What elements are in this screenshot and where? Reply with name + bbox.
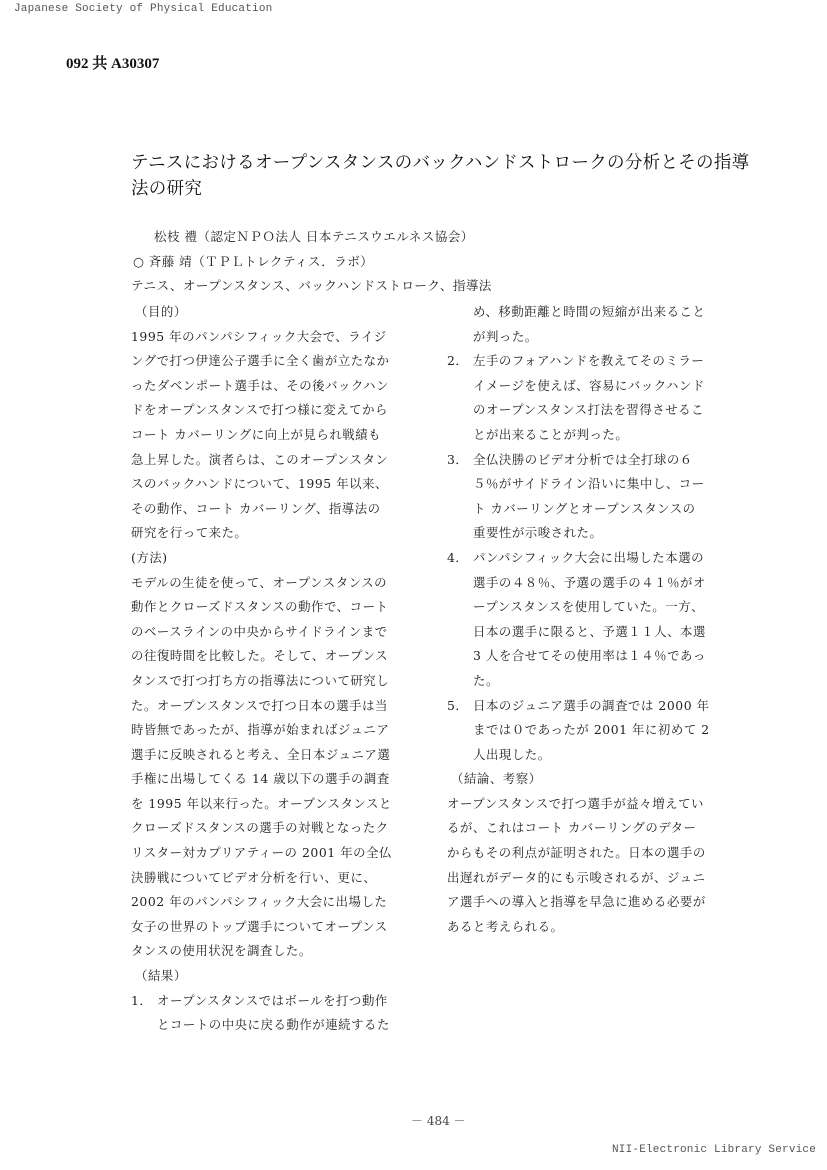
body-line: からもその利点が証明された。日本の選手の — [447, 841, 727, 866]
body-line: ドをオープンスタンスで打つ様に変えてから — [131, 398, 421, 423]
body-line: 動作とクローズドスタンスの動作で、コート — [131, 595, 421, 620]
line-text: 左手のフォアハンドを教えてそのミラー — [473, 353, 704, 368]
line-text: タンスの使用状況を調査した。 — [131, 943, 312, 958]
page-number: － 484 － — [411, 1112, 466, 1129]
body-line: 急上昇した。演者らは、このオープンスタン — [131, 448, 421, 473]
line-text: ア選手への導入と指導を早急に進める必要が — [447, 894, 706, 909]
body-line: ったダベンポート選手は、その後バックハン — [131, 374, 421, 399]
result-item-continuation: ープンスタンスを使用していた。一方、 — [447, 595, 727, 620]
line-text: 2002 年のパンパシフィック大会に出場した — [131, 894, 387, 909]
line-text: コート カバーリングに向上が見られ戦績も — [131, 427, 381, 442]
body-line: 出遅れがデータ的にも示唆されるが、ジュニ — [447, 866, 727, 891]
line-text: ープンスタンスを使用していた。一方、 — [473, 599, 704, 614]
body-line: 研究を行って来た。 — [131, 521, 421, 546]
line-text: 日本のジュニア選手の調査では 2000 年 — [473, 698, 710, 713]
line-text: を 1995 年以来行った。オープンスタンスと — [131, 796, 392, 811]
line-text: 選手の４８％、予選の選手の４１％がオ — [473, 575, 706, 590]
item-number: 2． — [447, 349, 473, 374]
line-text: からもその利点が証明された。日本の選手の — [447, 845, 706, 860]
body-line: タンスで打つ打ち方の指導法について研究し — [131, 669, 421, 694]
line-text: のベースラインの中央からサイドラインまで — [131, 624, 388, 639]
line-text: 手権に出場してくる 14 歳以下の選手の調査 — [131, 771, 390, 786]
line-text: あると考えられる。 — [447, 919, 563, 934]
line-text: オープンスタンスではボールを打つ動作 — [157, 993, 388, 1008]
result-item-continuation: のオープンスタンス打法を習得させるこ — [447, 398, 727, 423]
line-text: が判った。 — [473, 329, 538, 344]
line-text: のオープンスタンス打法を習得させるこ — [473, 402, 704, 417]
keywords: テニス、オープンスタンス、バックハンドストローク、指導法 — [131, 275, 492, 294]
line-text: 人出現した。 — [473, 747, 551, 762]
section-heading: (方法) — [131, 546, 421, 571]
line-text: め、移動距離と時間の短縮が出来ること — [473, 304, 705, 319]
line-text: パンパシフィック大会に出場した本選の — [473, 550, 704, 565]
author-1: 松枝 禮（認定ＮＰＯ法人 日本テニスウエルネス協会） — [154, 226, 474, 245]
result-item: 4．パンパシフィック大会に出場した本選の — [447, 546, 727, 571]
line-text: ５％がサイドライン沿いに集中し、コー — [473, 476, 705, 491]
result-item: 1．オープンスタンスではボールを打つ動作 — [131, 989, 421, 1014]
item-number: 4． — [447, 546, 473, 571]
body-line: 決勝戦についてビデオ分析を行い、更に、 — [131, 866, 421, 891]
line-text: 研究を行って来た。 — [131, 525, 247, 540]
result-item-continuation: 選手の４８％、予選の選手の４１％がオ — [447, 571, 727, 596]
body-line: を 1995 年以来行った。オープンスタンスと — [131, 792, 421, 817]
line-text: 動作とクローズドスタンスの動作で、コート — [131, 599, 388, 614]
body-line: 1995 年のパンパシフィック大会で、ライジ — [131, 325, 421, 350]
line-text: (方法) — [131, 550, 168, 565]
result-item-continuation: が判った。 — [447, 325, 727, 350]
line-text: 時皆無であったが、指導が始まればジュニア — [131, 722, 389, 737]
line-text: リスター対カプリアティーの 2001 年の全仏 — [131, 845, 392, 860]
body-line: その動作、コート カバーリング、指導法の — [131, 497, 421, 522]
right-column: め、移動距離と時間の短縮が出来ることが判った。2．左手のフォアハンドを教えてその… — [447, 300, 727, 939]
body-line: スのバックハンドについて、1995 年以来、 — [131, 472, 421, 497]
body-line: タンスの使用状況を調査した。 — [131, 939, 421, 964]
body-line: ングで打つ伊達公子選手に全く歯が立たなか — [131, 349, 421, 374]
paper-title-line1: テニスにおけるオープンスタンスのバックハンドストロークの分析とその指導 — [131, 149, 749, 174]
section-heading: （結論、考察） — [447, 767, 727, 792]
body-line: のベースラインの中央からサイドラインまで — [131, 620, 421, 645]
result-item-continuation: ト カバーリングとオープンスタンスの — [447, 497, 727, 522]
line-text: 出遅れがデータ的にも示唆されるが、ジュニ — [447, 870, 706, 885]
line-text: オープンスタンスで打つ選手が益々増えてい — [447, 796, 704, 811]
result-item-continuation: 重要性が示唆された。 — [447, 521, 727, 546]
body-line: るが、これはコート カバーリングのデター — [447, 816, 727, 841]
body-line: モデルの生徒を使って、オープンスタンスの — [131, 571, 421, 596]
result-item: 2．左手のフォアハンドを教えてそのミラー — [447, 349, 727, 374]
line-text: （目的） — [135, 304, 187, 319]
line-text: とコートの中央に戻る動作が連続するた — [157, 1017, 390, 1032]
item-number: 1． — [131, 989, 157, 1014]
result-item-continuation: 日本の選手に限ると、予選１１人、本選 — [447, 620, 727, 645]
line-text: ったダベンポート選手は、その後バックハン — [131, 378, 389, 393]
line-text: までは０であったが 2001 年に初めて 2 — [473, 722, 710, 737]
author-2-presenter: ○ 斉藤 靖（ＴＰＬトレクティス．ラボ） — [133, 251, 373, 270]
library-service-footer: NII-Electronic Library Service — [612, 1144, 816, 1156]
line-text: 日本の選手に限ると、予選１１人、本選 — [473, 624, 706, 639]
line-text: その動作、コート カバーリング、指導法の — [131, 501, 381, 516]
result-item-continuation: 3 人を合せてその使用率は１４％であっ — [447, 644, 727, 669]
result-item-continuation: までは０であったが 2001 年に初めて 2 — [447, 718, 727, 743]
paper-code: 092 共 A30307 — [66, 52, 159, 73]
section-heading: （目的） — [131, 300, 421, 325]
line-text: 1995 年のパンパシフィック大会で、ライジ — [131, 329, 387, 344]
body-line: た。オープンスタンスで打つ日本の選手は当 — [131, 694, 421, 719]
result-item-continuation: 人出現した。 — [447, 743, 727, 768]
line-text: 3 人を合せてその使用率は１４％であっ — [473, 648, 706, 663]
result-item-continuation: とコートの中央に戻る動作が連続するた — [131, 1013, 421, 1038]
body-line: 時皆無であったが、指導が始まればジュニア — [131, 718, 421, 743]
result-item-continuation: とが出来ることが判った。 — [447, 423, 727, 448]
line-text: 女子の世界のトップ選手についてオープンス — [131, 919, 388, 934]
body-line: オープンスタンスで打つ選手が益々増えてい — [447, 792, 727, 817]
line-text: 急上昇した。演者らは、このオープンスタン — [131, 452, 388, 467]
body-line: ア選手への導入と指導を早急に進める必要が — [447, 890, 727, 915]
result-item-continuation: ５％がサイドライン沿いに集中し、コー — [447, 472, 727, 497]
line-text: モデルの生徒を使って、オープンスタンスの — [131, 575, 387, 590]
item-number: 5． — [447, 694, 473, 719]
result-item-continuation: イメージを使えば、容易にバックハンド — [447, 374, 727, 399]
body-line: 女子の世界のトップ選手についてオープンス — [131, 915, 421, 940]
line-text: 選手に反映されると考え、全日本ジュニア選 — [131, 747, 390, 762]
line-text: （結論、考察） — [451, 771, 542, 786]
body-line: コート カバーリングに向上が見られ戦績も — [131, 423, 421, 448]
paper-title-line2: 法の研究 — [131, 175, 202, 200]
line-text: ドをオープンスタンスで打つ様に変えてから — [131, 402, 388, 417]
line-text: （結果） — [135, 968, 187, 983]
line-text: とが出来ることが判った。 — [473, 427, 628, 442]
item-number: 3． — [447, 448, 473, 473]
line-text: た。オープンスタンスで打つ日本の選手は当 — [131, 698, 388, 713]
body-line: リスター対カプリアティーの 2001 年の全仏 — [131, 841, 421, 866]
line-text: ングで打つ伊達公子選手に全く歯が立たなか — [131, 353, 390, 368]
line-text: 重要性が示唆された。 — [473, 525, 602, 540]
result-item: 3．全仏決勝のビデオ分析では全打球の６ — [447, 448, 727, 473]
result-item-continuation: め、移動距離と時間の短縮が出来ること — [447, 300, 727, 325]
line-text: クローズドスタンスの選手の対戦となったク — [131, 820, 389, 835]
body-line: 手権に出場してくる 14 歳以下の選手の調査 — [131, 767, 421, 792]
line-text: スのバックハンドについて、1995 年以来、 — [131, 476, 388, 491]
line-text: 決勝戦についてビデオ分析を行い、更に、 — [131, 870, 376, 885]
left-column: （目的）1995 年のパンパシフィック大会で、ライジングで打つ伊達公子選手に全く… — [131, 300, 421, 1038]
result-item: 5．日本のジュニア選手の調査では 2000 年 — [447, 694, 727, 719]
line-text: るが、これはコート カバーリングのデター — [447, 820, 697, 835]
body-line: 2002 年のパンパシフィック大会に出場した — [131, 890, 421, 915]
section-heading: （結果） — [131, 964, 421, 989]
line-text: た。 — [473, 673, 499, 688]
body-line: あると考えられる。 — [447, 915, 727, 940]
body-line: の往復時間を比較した。そして、オープンス — [131, 644, 421, 669]
body-line: 選手に反映されると考え、全日本ジュニア選 — [131, 743, 421, 768]
line-text: ト カバーリングとオープンスタンスの — [473, 501, 696, 516]
result-item-continuation: た。 — [447, 669, 727, 694]
line-text: 全仏決勝のビデオ分析では全打球の６ — [473, 452, 693, 467]
line-text: の往復時間を比較した。そして、オープンス — [131, 648, 388, 663]
society-header: Japanese Society of Physical Education — [14, 3, 272, 15]
line-text: タンスで打つ打ち方の指導法について研究し — [131, 673, 389, 688]
body-line: クローズドスタンスの選手の対戦となったク — [131, 816, 421, 841]
line-text: イメージを使えば、容易にバックハンド — [473, 378, 705, 393]
